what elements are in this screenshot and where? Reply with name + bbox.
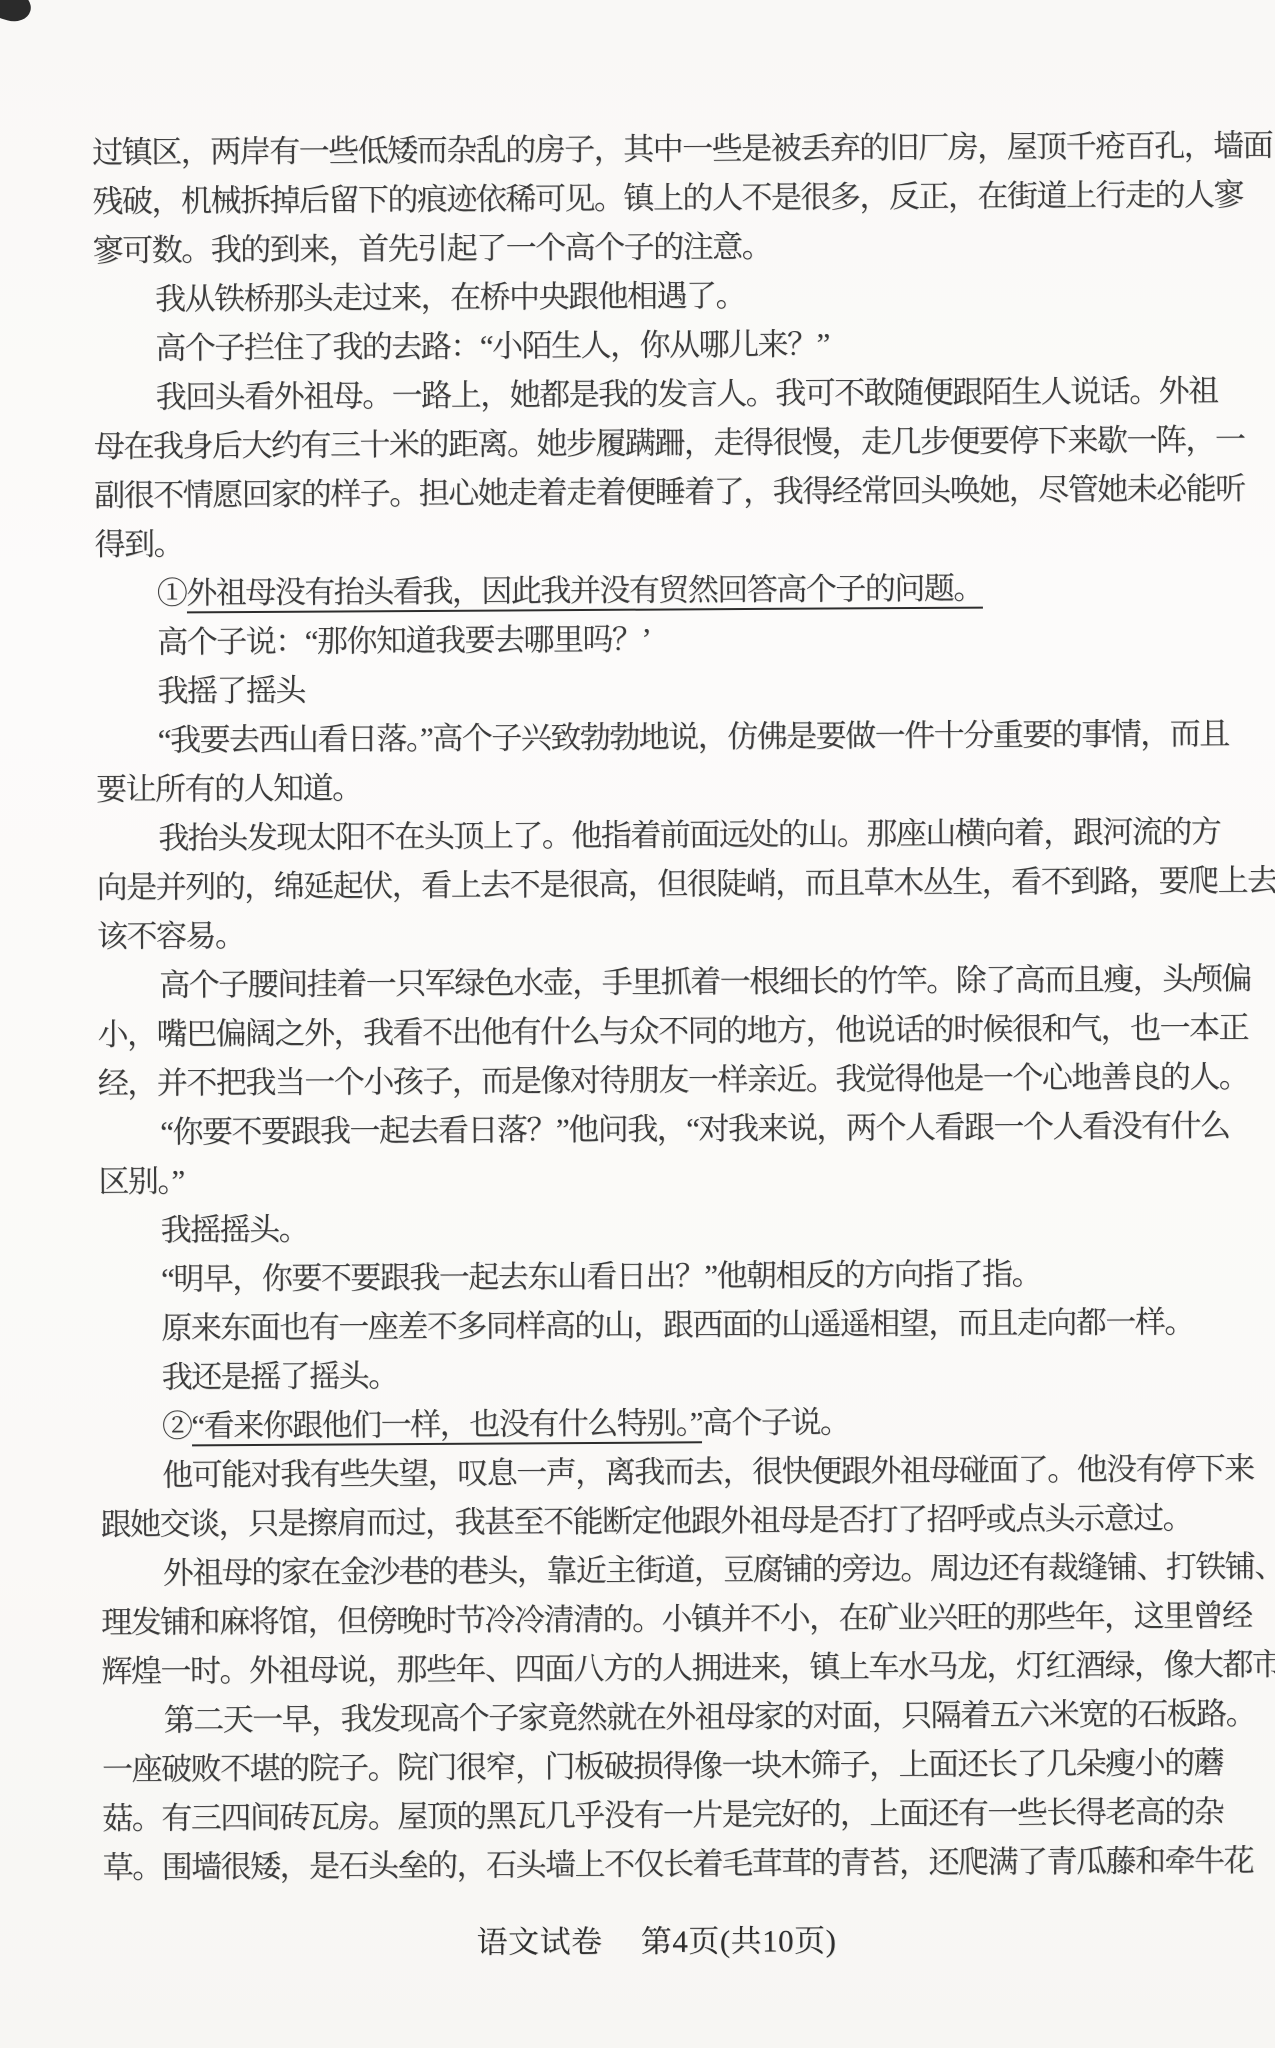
passage-line: 高个子腰间挂着一只军绿色水壶，手里抓着一根细长的竹竿。除了高而且瘦，头颅偏 bbox=[97, 954, 1215, 1010]
passage-segment: ② bbox=[162, 1408, 192, 1443]
passage-line: 区别。” bbox=[98, 1150, 1216, 1206]
passage-line: 小，嘴巴偏阔之外，我看不出他有什么与众不同的地方，他说话的时候很和气，也一本正 bbox=[97, 1003, 1215, 1059]
passage-segment: 过镇区，两岸有一些低矮而杂乱的房子，其中一些是被丢弃的旧厂房，屋顶千疮百孔，墙面 bbox=[92, 128, 1272, 170]
passage-line: 原来东面也有一座差不多同样高的山，跟西面的山遥遥相望，而且走向都一样。 bbox=[99, 1297, 1217, 1353]
passage-segment: 小，嘴巴偏阔之外，我看不出他有什么与众不同的地方，他说话的时候很和气，也一本正 bbox=[97, 1010, 1248, 1052]
passage-line: 寥可数。我的到来，首先引起了一个高个子的注意。 bbox=[93, 219, 1211, 275]
passage-text: 过镇区，两岸有一些低矮而杂乱的房子，其中一些是被丢弃的旧厂房，屋顶千疮百孔，墙面… bbox=[92, 121, 1221, 1892]
passage-segment: “明早，你要不要跟我一起去东山看日出？”他朝相反的方向指了指。 bbox=[161, 1256, 1041, 1296]
passage-line: ②“看来你跟他们一样，也没有什么特别。”高个子说。 bbox=[100, 1395, 1218, 1451]
passage-segment: 得到。 bbox=[94, 526, 183, 562]
passage-segment: 副很不情愿回家的样子。担心她走着走着便睡着了，我得经常回头唤她，尽管她未必能听 bbox=[94, 471, 1245, 513]
passage-line: 我抬头发现太阳不在头顶上了。他指着前面远处的山。那座山横向着，跟河流的方 bbox=[96, 807, 1214, 863]
passage-line: ①外祖母没有抬头看我，因此我并没有贸然回答高个子的问题。 bbox=[95, 562, 1213, 618]
passage-line: 高个子说：“那你知道我要去哪里吗？’ bbox=[95, 611, 1213, 667]
passage-segment: 高个子说。 bbox=[702, 1404, 850, 1440]
passage-segment: 区别。” bbox=[98, 1163, 183, 1199]
passage-line: 经，并不把我当一个小孩子，而是像对待朋友一样亲近。我觉得他是一个心地善良的人。 bbox=[98, 1052, 1216, 1108]
passage-segment: 向是并列的，绵延起伏，看上去不是很高，但很陡峭，而且草木丛生，看不到路，要爬上去… bbox=[97, 863, 1275, 905]
passage-segment: 辉煌一时。外祖母说，那些年、四面八方的人拥进来，镇上车水马龙，灯红酒绿，像大都市… bbox=[101, 1647, 1275, 1689]
passage-segment: 高个子腰间挂着一只军绿色水壶，手里抓着一根细长的竹竿。除了高而且瘦，头颅偏 bbox=[159, 961, 1251, 1003]
passage-segment: 他可能对我有些失望，叹息一声，离我而去，很快便跟外祖母碰面了。他没有停下来 bbox=[162, 1451, 1254, 1493]
scan-corner-artifact bbox=[0, 0, 34, 26]
passage-segment: 跟她交谈，只是擦肩而过，我甚至不能断定他跟外祖母是否打了招呼或点头示意过。 bbox=[100, 1500, 1192, 1542]
passage-line: 得到。 bbox=[94, 513, 1212, 569]
passage-segment: 我摇摇头。 bbox=[161, 1212, 309, 1248]
passage-segment: 草。围墙很矮，是石头垒的，石头墙上不仅长着毛茸茸的青苔，还爬满了青瓜藤和牵牛花 bbox=[103, 1843, 1254, 1885]
passage-segment: 该不容易。 bbox=[97, 918, 245, 954]
passage-segment: 高个子说：“那你知道我要去哪里吗？’ bbox=[157, 622, 650, 660]
passage-line: 母在我身后大约有三十米的距离。她步履蹒跚，走得很慢，走几步便要停下来歇一阵，一 bbox=[94, 415, 1212, 471]
passage-line: 我回头看外祖母。一路上，她都是我的发言人。我可不敢随便跟陌生人说话。外祖 bbox=[93, 366, 1211, 422]
footer-doc-title: 语文试卷 bbox=[476, 1924, 602, 1960]
passage-segment: 寥可数。我的到来，首先引起了一个高个子的注意。 bbox=[93, 229, 772, 268]
page-footer: 语文试卷 第4页(共10页) bbox=[0, 1913, 1275, 1964]
passage-line: 该不容易。 bbox=[97, 905, 1215, 961]
passage-line: 跟她交谈，只是擦肩而过，我甚至不能断定他跟外祖母是否打了招呼或点头示意过。 bbox=[100, 1493, 1218, 1549]
passage-segment: 我摇了摇头 bbox=[157, 673, 305, 709]
passage-line: 我从铁桥那头走过来，在桥中央跟他相遇了。 bbox=[93, 268, 1211, 324]
passage-line: 我还是摇了摇头。 bbox=[99, 1346, 1217, 1402]
passage-segment: 一座破败不堪的院子。院门很窄，门板破损得像一块木筛子，上面还长了几朵瘦小的蘑 bbox=[102, 1745, 1223, 1787]
passage-segment: 要让所有的人知道。 bbox=[96, 770, 362, 807]
passage-line: “明早，你要不要跟我一起去东山看日出？”他朝相反的方向指了指。 bbox=[99, 1248, 1217, 1304]
passage-segment: 高个子拦住了我的去路：“小陌生人，你从哪儿来？” bbox=[155, 327, 829, 366]
passage-segment: 外祖母的家在金沙巷的巷头，靠近主街道，豆腐铺的旁边。周边还有裁缝铺、打铁铺、 bbox=[163, 1549, 1275, 1591]
passage-segment: 我从铁桥那头走过来，在桥中央跟他相遇了。 bbox=[155, 278, 745, 317]
passage-line: 理发铺和麻将馆，但傍晚时节冷冷清清的。小镇并不小，在矿业兴旺的那些年，这里曾经 bbox=[101, 1591, 1219, 1647]
passage-line: 第二天一早，我发现高个子家竟然就在外祖母家的对面，只隔着五六米宽的石板路。 bbox=[102, 1689, 1220, 1745]
passage-line: “你要不要跟我一起去看日落？”他问我，“对我来说，两个人看跟一个人看没有什么 bbox=[98, 1101, 1216, 1157]
passage-segment: 理发铺和麻将馆，但傍晚时节冷冷清清的。小镇并不小，在矿业兴旺的那些年，这里曾经 bbox=[101, 1598, 1252, 1640]
passage-segment: “我要去西山看日落。”高个子兴致勃勃地说，仿佛是要做一件十分重要的事情，而且 bbox=[158, 716, 1229, 758]
passage-line: 菇。有三四间砖瓦房。屋顶的黑瓦几乎没有一片是完好的，上面还有一些长得老高的杂 bbox=[102, 1787, 1220, 1843]
passage-line: 他可能对我有些失望，叹息一声，离我而去，很快便跟外祖母碰面了。他没有停下来 bbox=[100, 1444, 1218, 1500]
passage-line: 我摇了摇头 bbox=[95, 660, 1213, 716]
passage-line: 辉煌一时。外祖母说，那些年、四面八方的人拥进来，镇上车水马龙，灯红酒绿，像大都市… bbox=[101, 1640, 1219, 1696]
passage-line: 草。围墙很矮，是石头垒的，石头墙上不仅长着毛茸茸的青苔，还爬满了青瓜藤和牵牛花 bbox=[102, 1836, 1220, 1892]
passage-line: 向是并列的，绵延起伏，看上去不是很高，但很陡峭，而且草木丛生，看不到路，要爬上去… bbox=[96, 856, 1214, 912]
passage-segment: 原来东面也有一座差不多同样高的山，跟西面的山遥遥相望，而且走向都一样。 bbox=[161, 1304, 1194, 1345]
underlined-sentence: “看来你跟他们一样，也没有什么特别。” bbox=[191, 1405, 702, 1446]
passage-segment: 我还是摇了摇头。 bbox=[162, 1358, 398, 1394]
passage-segment: ① bbox=[157, 575, 187, 610]
passage-line: “我要去西山看日落。”高个子兴致勃勃地说，仿佛是要做一件十分重要的事情，而且 bbox=[96, 709, 1214, 765]
passage-line: 要让所有的人知道。 bbox=[96, 758, 1214, 814]
passage-line: 高个子拦住了我的去路：“小陌生人，你从哪儿来？” bbox=[93, 317, 1211, 373]
passage-line: 残破，机械拆掉后留下的痕迹依稀可见。镇上的人不是很多，反正，在街道上行走的人寥 bbox=[92, 170, 1210, 226]
passage-segment: 母在我身后大约有三十米的距离。她步履蹒跚，走得很慢，走几步便要停下来歇一阵，一 bbox=[94, 422, 1245, 464]
passage-segment: 残破，机械拆掉后留下的痕迹依稀可见。镇上的人不是很多，反正，在街道上行走的人寥 bbox=[92, 177, 1243, 219]
passage-line: 外祖母的家在金沙巷的巷头，靠近主街道，豆腐铺的旁边。周边还有裁缝铺、打铁铺、 bbox=[101, 1542, 1219, 1598]
exam-page-sheet: 过镇区，两岸有一些低矮而杂乱的房子，其中一些是被丢弃的旧厂房，屋顶千疮百孔，墙面… bbox=[0, 0, 1275, 2048]
passage-line: 过镇区，两岸有一些低矮而杂乱的房子，其中一些是被丢弃的旧厂房，屋顶千疮百孔，墙面 bbox=[92, 121, 1210, 177]
passage-line: 副很不情愿回家的样子。担心她走着走着便睡着了，我得经常回头唤她，尽管她未必能听 bbox=[94, 464, 1212, 520]
passage-segment: 经，并不把我当一个小孩子，而是像对待朋友一样亲近。我觉得他是一个心地善良的人。 bbox=[98, 1059, 1249, 1101]
passage-segment: 菇。有三四间砖瓦房。屋顶的黑瓦几乎没有一片是完好的，上面还有一些长得老高的杂 bbox=[102, 1794, 1223, 1836]
passage-segment: “你要不要跟我一起去看日落？”他问我，“对我来说，两个人看跟一个人看没有什么 bbox=[160, 1108, 1229, 1150]
passage-line: 我摇摇头。 bbox=[99, 1199, 1217, 1255]
footer-page-number: 第4页(共10页) bbox=[641, 1923, 837, 1959]
passage-segment: 我回头看外祖母。一路上，她都是我的发言人。我可不敢随便跟陌生人说话。外祖 bbox=[156, 373, 1218, 414]
underlined-sentence: 外祖母没有抬头看我，因此我并没有贸然回答高个子的问题。 bbox=[186, 571, 983, 614]
passage-line: 一座破败不堪的院子。院门很窄，门板破损得像一块木筛子，上面还长了几朵瘦小的蘑 bbox=[102, 1738, 1220, 1794]
passage-segment: 第二天一早，我发现高个子家竟然就在外祖母家的对面，只隔着五六米宽的石板路。 bbox=[164, 1696, 1256, 1738]
passage-segment: 我抬头发现太阳不在头顶上了。他指着前面远处的山。那座山横向着，跟河流的方 bbox=[158, 814, 1220, 855]
